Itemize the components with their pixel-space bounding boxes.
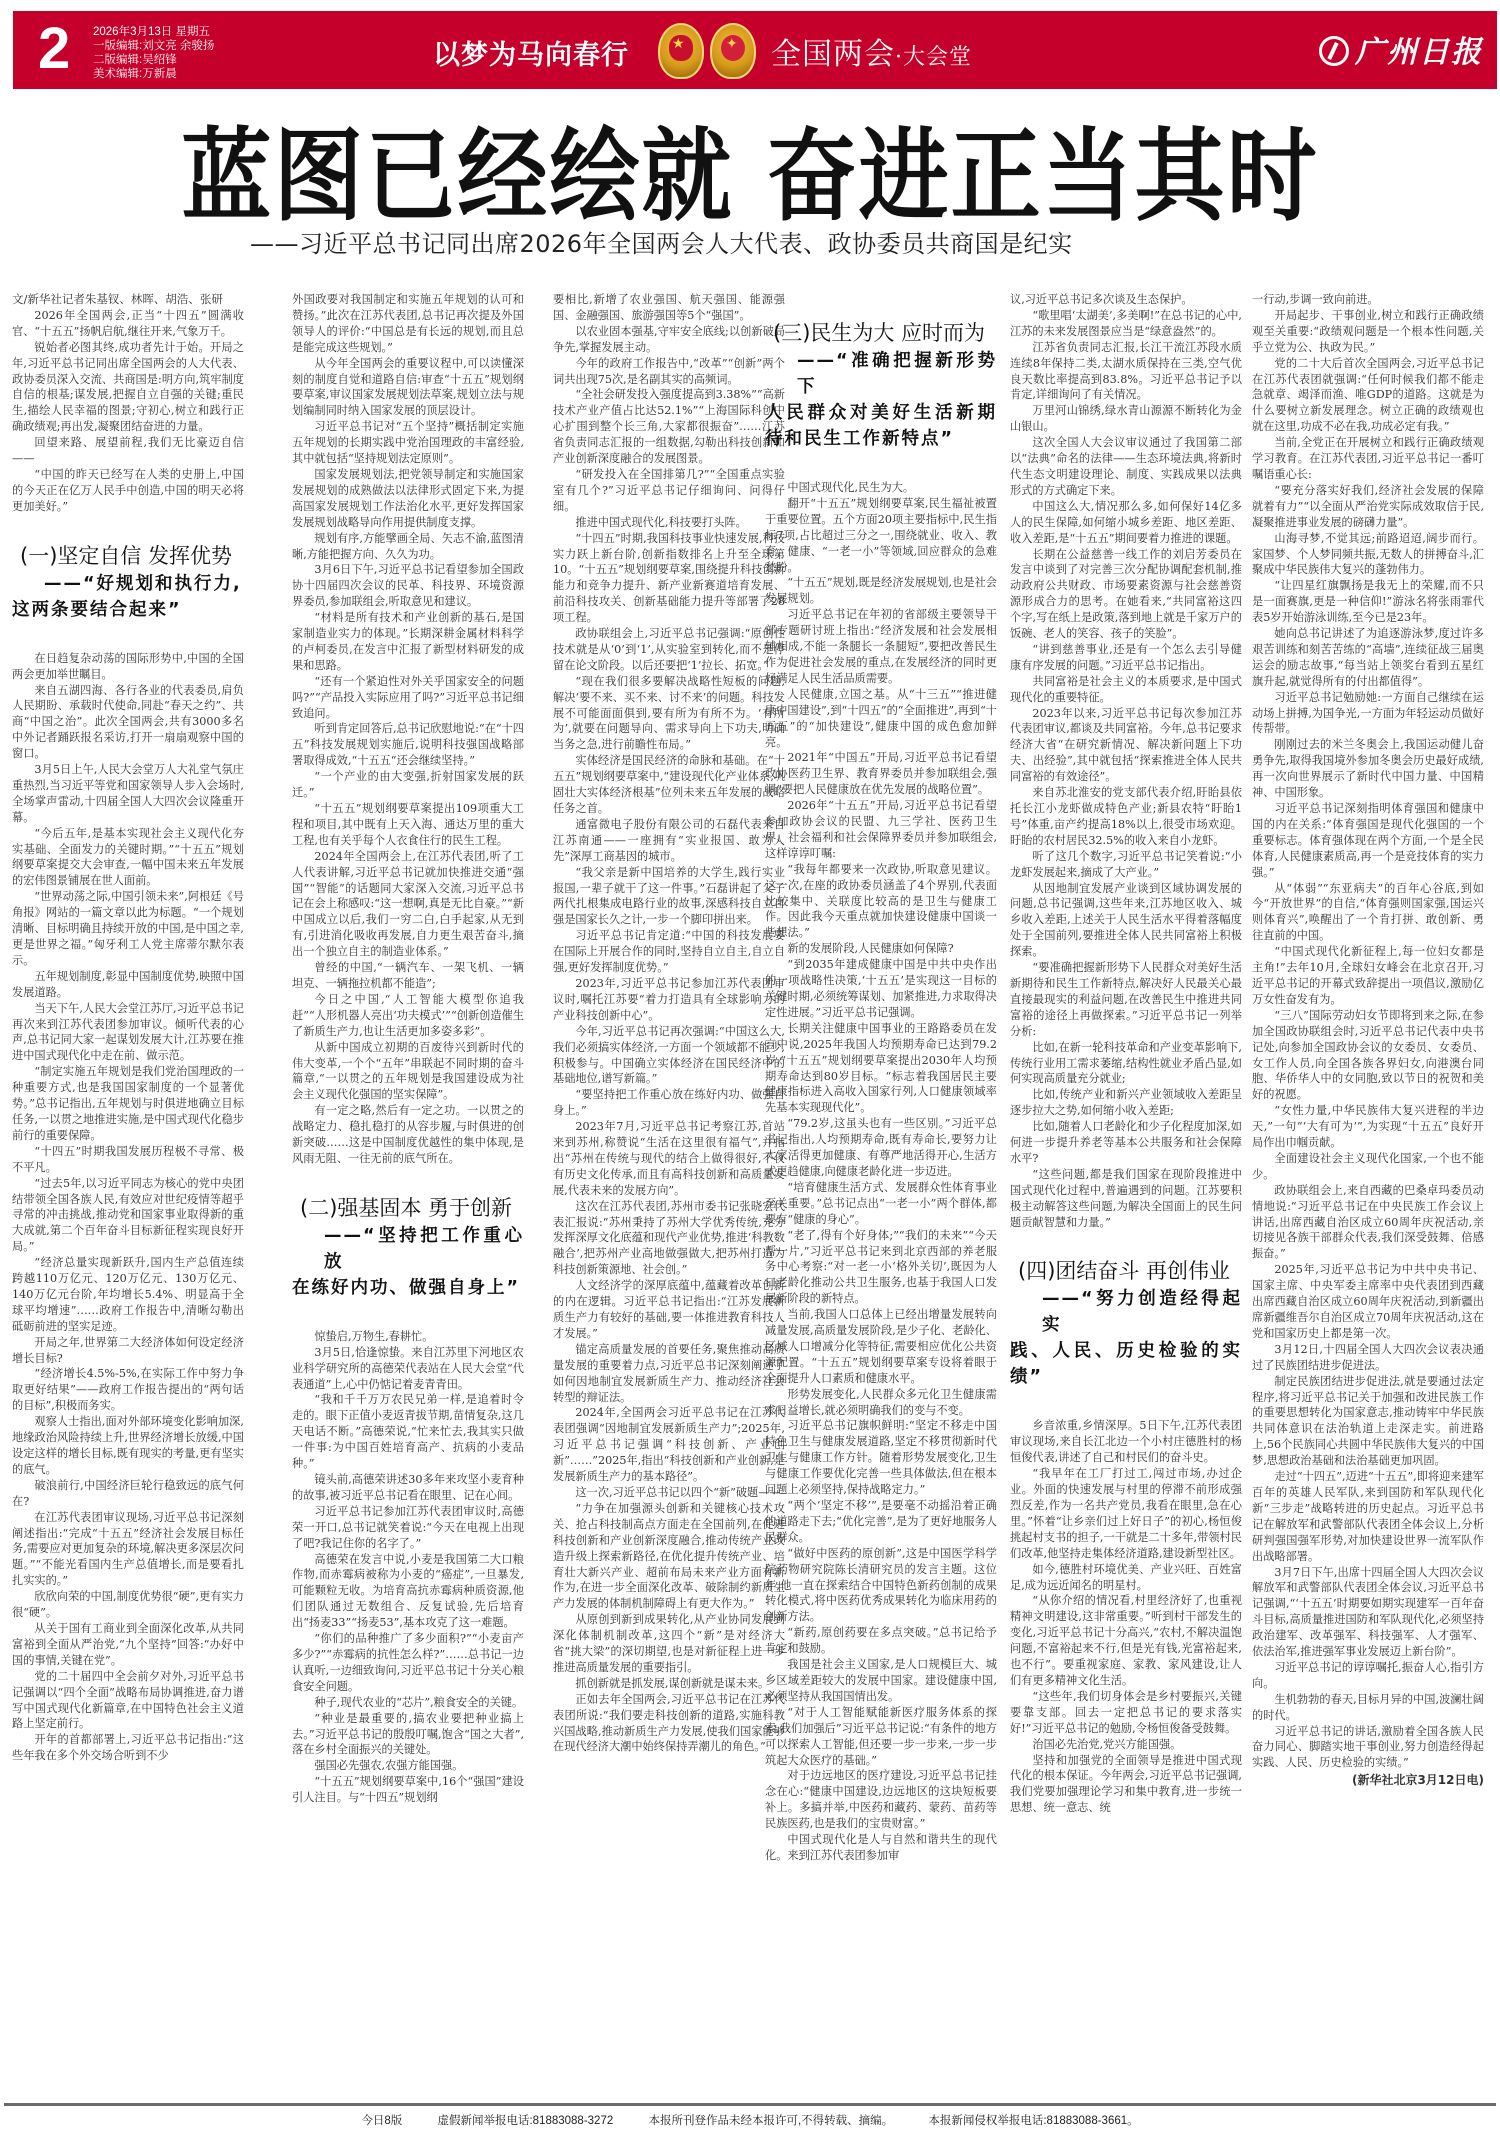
paragraph: 种子,现代农业的“芯片”,粮食安全的关键。 xyxy=(292,1695,524,1711)
paragraph: “中国的昨天已经写在人类的史册上,中国的今天正在亿万人民手中创造,中国的明天必将… xyxy=(12,467,244,515)
paragraph: 长期在公益慈善一线工作的刘启芳委员在发言中谈到了对完善三次分配协调配套机制,推动… xyxy=(1010,547,1242,642)
byline: 文/新华社记者朱基钗、林晖、胡浩、张研 xyxy=(12,292,244,308)
slogan: 以梦为马向春行 xyxy=(433,33,629,72)
section-heading-quote: ——“努力创造经得起实践、人民、历史检验的实绩” xyxy=(1010,1286,1242,1390)
paragraph: “讲到慈善事业,还是有一个怎么去引导健康有序发展的问题。”习近平总书记指出。 xyxy=(1010,642,1242,674)
paragraph: 如今,德胜村环境优美、产业兴旺、百姓富足,成为远近闻名的明星村。 xyxy=(1010,1562,1242,1594)
paragraph: 2023年7月,习近平总书记考察江苏,首站来到苏州,称赞说“生活在这里很有福气”… xyxy=(553,1119,785,1199)
paragraph: 实体经济是国民经济的命脉和基础。在“十五五”规划纲要草案中,“建设现代化产业体系… xyxy=(553,753,785,817)
paragraph: 走过“十四五”,迈进“十五五”,即将迎来建军百年的英雄人民军队,来到国防和军队现… xyxy=(1252,1469,1484,1564)
subheadline: ——习近平总书记同出席2026年全国两会人大代表、政协委员共商国是纪实 xyxy=(250,229,1073,259)
paragraph: “还有一个紧迫性对外关乎国家安全的问题吗?”“产品投入实际应用了吗?”习近平总书… xyxy=(292,674,524,722)
paragraph: 在江苏代表团审议现场,习近平总书记深刻阐述指出:“完成“十五五”经济社会发展目标… xyxy=(12,1510,244,1590)
paragraph: 规划有序,方能擘画全局、矢志不渝,蓝图清晰,方能把握方向、久久为功。 xyxy=(292,531,524,563)
article-column: (三)民生为大 应时而为——“准确把握新形势下人民群众对美好生活新期待和民生工作… xyxy=(765,292,997,1864)
paragraph: 镜头前,高德荣讲述30多年来攻坚小麦育种的故事,被习近平总书记看在眼里、记在心间… xyxy=(292,1472,524,1504)
paragraph: 五年规划制度,彰显中国制度优势,映照中国发展道路。 xyxy=(12,969,244,1001)
paragraph: 这次全国人大会议审议通过了我国第二部以“法典”命名的法律——生态环境法典,将新时… xyxy=(1010,435,1242,499)
paragraph: 习近平总书记的谆谆嘱托,振奋人心,指引方向。 xyxy=(1252,1660,1484,1692)
footer: 今日8版 虚假新闻举报电话:81883088-3272 本报所刊登作品未经本报许… xyxy=(0,2112,1500,2128)
paragraph: 强国必先强农,农强方能国强。 xyxy=(292,1758,524,1774)
paragraph: 抓创新就是抓发展,谋创新就是谋未来。 xyxy=(553,1676,785,1692)
paragraph: 从关于国有工商业到全面深化改革,从共同富裕到全面从严治党,“九个坚持”回答:“办… xyxy=(12,1621,244,1669)
article-column: 要相比,新增了农业强国、航天强国、能源强国、金融强国、旅游强国等5个“强国”。以… xyxy=(553,292,785,1755)
paragraph: 3月12日,十四届全国人大四次会议表决通过了民族团结进步促进法。 xyxy=(1252,1342,1484,1374)
paragraph: 形势发展变化,人民群众多元化卫生健康需求日益增长,就必须明确我们的变与不变。 xyxy=(765,1387,997,1419)
paragraph: “种业是最重要的,搞农业要把种业搞上去。”习近平总书记的殷殷叮嘱,饱含“国之大者… xyxy=(292,1711,524,1759)
footer-edition-count: 今日8版 xyxy=(361,2115,402,2127)
section-heading-title: (二)强基固本 勇于创新 xyxy=(292,1193,524,1223)
section-title-sub: ·大会堂 xyxy=(895,45,972,70)
paragraph: “两个‘坚定不移’”,是要毫不动摇沿着正确的道路走下去;“优化完善”,是为了更好… xyxy=(765,1498,997,1546)
paragraph: 3月6日下午,习近平总书记看望参加全国政协十四届四次会议的民革、科技界、环境资源… xyxy=(292,562,524,610)
paragraph: 坚持和加强党的全面领导是推进中国式现代化的根本保证。今年两会,习近平总书记强调,… xyxy=(1010,1753,1242,1817)
headline: 蓝图已经绘就 奋进正当其时 xyxy=(0,118,1500,234)
section-heading-title: (一)坚定自信 发挥优势 xyxy=(12,541,244,571)
paragraph: 政协联组会上,来自西藏的巴桑卓玛委员动情地说:“习近平总书记在中央民族工作会议上… xyxy=(1252,1183,1484,1263)
paragraph: 国家发展规划法,把党领导制定和实施国家发展规划的成熟做法以法律形式固定下来,为提… xyxy=(292,467,524,531)
paragraph: 欣欣向荣的中国,制度优势很“硬”,更有实力很“硬”。 xyxy=(12,1589,244,1621)
paragraph: 2026年“十五五”开局,习近平总书记看望参加政协会议的民盟、九三学社、医药卫生… xyxy=(765,798,997,862)
section-heading-title: (三)民生为大 应时而为 xyxy=(765,318,997,348)
section-heading-quote-lead: ——“好规划和执行力, xyxy=(12,571,244,597)
section-heading-quote-rest: 践、人民、历史检验的实绩” xyxy=(1010,1338,1242,1390)
article-column: 文/新华社记者朱基钗、林晖、胡浩、张研2026年全国两会,正当“十四五”圆满收官… xyxy=(12,292,244,1764)
paragraph: “三八”国际劳动妇女节即将到来之际,在参加全国政协联组会时,习近平总书记代表中央… xyxy=(1252,1008,1484,1103)
paragraph: 习近平总书记旗帜鲜明:“坚定不移走中国特色卫生与健康发展道路,坚定不移贯彻新时代… xyxy=(765,1418,997,1498)
paragraph: 3月5日上午,人民大会堂万人大礼堂气氛庄重热烈,当习近平等党和国家领导人步入会场… xyxy=(12,762,244,826)
paragraph: “到2035年建成健康中国是中共中央作出的一项战略性决策,‘十五五’是实现这一目… xyxy=(765,957,997,1021)
section-heading: (二)强基固本 勇于创新——“坚持把工作重心放在练好内功、做强自身上” xyxy=(292,1193,524,1301)
paper-logo: 广州日报 xyxy=(1319,27,1483,71)
paragraph: 人文经济学的深厚底蕴中,蕴藏着改革创新的内在逻辑。习近平总书记指出:“江苏发展新… xyxy=(553,1278,785,1342)
paragraph: 听到肯定回答后,总书记欣慰地说:“在“十四五”科技发展规划实施后,说明科技强国战… xyxy=(292,721,524,769)
paragraph: 习近平总书记深刻指明体育强国和健康中国的内在关系:“体育强国是现代化强国的一个重… xyxy=(1252,801,1484,881)
paragraph: 万里河山锦绣,绿水青山源源不断转化为金山银山。 xyxy=(1010,403,1242,435)
paragraph: 对于边远地区的医疗建设,习近平总书记挂念在心:“健康中国建设,边远地区的这块短板… xyxy=(765,1768,997,1832)
paragraph: “一个产业的由大变强,折射国家发展的跃迁。” xyxy=(292,769,524,801)
paragraph: “让四星红旗飘扬是我无上的荣耀,而不只是一面赛旗,更是一种信仰!”游泳名将张雨霏… xyxy=(1252,578,1484,626)
paragraph: “研发投入在全国排第几?”“全国重点实验室有几个?”习近平总书记仔细询问、问得仔… xyxy=(553,467,785,515)
paragraph: “中国式现代化新征程上,每一位妇女都是主角!”去年10月,全球妇女峰会在北京召开… xyxy=(1252,944,1484,1008)
paragraph: “对于人工智能赋能新医疗服务体系的探索,我们加强后”习近平总书记说:“有条件的地… xyxy=(765,1705,997,1769)
paragraph: 今年,习近平总书记再次强调:“中国这么大,我们必须搞实体经济,一方面一个领域都不… xyxy=(553,1024,785,1088)
paragraph: 乡音浓重,乡情深厚。5日下午,江苏代表团审议现场,来自长江北边一个小村庄德胜村的… xyxy=(1010,1418,1242,1466)
section-title-main: 全国两会 xyxy=(771,37,895,72)
paragraph: 生机勃勃的春天,目标月异的中国,波澜壮阔的时代。 xyxy=(1252,1692,1484,1724)
paragraph: 从新中国成立初期的百废待兴到新时代的伟大变革,一个个“五年”串联起不同时期的奋斗… xyxy=(292,1040,524,1104)
paragraph: 正如去年全国两会,习近平总书记在江苏代表团所说:“我们要走科技创新的道路,实施科… xyxy=(553,1692,785,1756)
paragraph: 习近平总书记的讲话,激励着全国各族人民奋力同心、脚踏实地干事创业,努力创造经得起… xyxy=(1252,1724,1484,1772)
paragraph: 从原创到新到成果转化,从产业协同发展到深化体制机制改革,这四个“新”是对经济大省… xyxy=(553,1612,785,1676)
paragraph: 刚刚过去的米兰冬奥会上,我国运动健儿奋勇争先,取得我国境外参加冬奥会历史最好成绩… xyxy=(1252,737,1484,801)
paragraph: 我国是社会主义国家,是人口规模巨大、城乡区域差距较大的发展中国家。建设健康中国,… xyxy=(765,1657,997,1705)
paragraph: 2023年,习近平总书记参加江苏代表团审议时,嘱托江苏要“着力打造具有全球影响力… xyxy=(553,976,785,1024)
paragraph: 从“体弱”“东亚病夫”的百年心谷底,到如今“开放世界”的自信,“体育强则国家强,… xyxy=(1252,881,1484,945)
paragraph: 2024年,全国两会习近平总书记在江苏代表团强调“因地制宜发展新质生产力”;20… xyxy=(553,1405,785,1485)
section-heading-quote-lead: ——“坚持把工作重心放 xyxy=(292,1223,524,1275)
guangzhou-daily-logo-icon xyxy=(1319,36,1349,66)
dateline: (新华社北京3月12日电) xyxy=(1252,1773,1484,1789)
paragraph: 当前,全党正在开展树立和践行正确政绩观学习教育。在江苏代表团,习近平总书记一番叮… xyxy=(1252,435,1484,483)
footer-copyright-notice: 本报所刊登作品未经本报许可,不得转载、摘编。 xyxy=(648,2115,893,2127)
paragraph: 中国式现代化,民生为大。 xyxy=(765,480,997,496)
paragraph: 翻开“十五五”规划纲要草案,民生福祉被置于重要位置。五个方面20项主要指标中,民… xyxy=(765,496,997,576)
paragraph: “我和千千万万农民兄弟一样,是追着时令走的。眼下正值小麦返青拔节期,苗情复杂,这… xyxy=(292,1392,524,1472)
paragraph: “我每年都要来一次政协,听取意见建议。这一次,在座的政协委员涵盖了4个界别,代表… xyxy=(765,862,997,942)
paragraph: 当天下午,人民大会堂江苏厅,习近平总书记再次来到江苏代表团参加审议。倾听代表的心… xyxy=(12,1001,244,1065)
editor-line: 二版编辑:吴绍锋 xyxy=(93,53,214,67)
paragraph: 人民健康,立国之基。从“十三五”“推进健康中国建设”,到“十四五”的“全面推进”… xyxy=(765,687,997,751)
paragraph: 她向总书记讲述了为追逐游泳梦,度过许多艰苦训练和刻苦苦练的“高墙”,连续征战三届… xyxy=(1252,626,1484,690)
paragraph: 来自苏北淮安的党支部代表介绍,盱眙县依托长江小龙虾做成特色产业;新县农特“盱眙1… xyxy=(1010,785,1242,849)
article-column: 外国政要对我国制定和实施五年规划的认可和赞扬。”此次在江苏代表团,总书记再次提及… xyxy=(292,292,524,1806)
masthead: 2 2026年3月13日 星期五 一版编辑:刘文亮 余骏扬 二版编辑:吴绍锋 美… xyxy=(13,11,1497,89)
paragraph: 长期关注健康中国事业的王路路委员在发言中说,2025年我国人均预期寿命已达到79… xyxy=(765,1021,997,1116)
paragraph: 今年的政府工作报告中,“改革”“创新”两个词共出现75次,是名副其实的高频词。 xyxy=(553,356,785,388)
paragraph: 观察人士指出,面对外部环境变化影响加深,地缘政治风险持续上升,世界经济增长放缓,… xyxy=(12,1414,244,1478)
editor-line: 一版编辑:刘文亮 余骏扬 xyxy=(93,39,214,53)
footer-fake-news-hotline: 虚假新闻举报电话:81883088-3272 xyxy=(437,2115,613,2127)
paragraph: 全面建设社会主义现代化国家,一个也不能少。 xyxy=(1252,1151,1484,1183)
paragraph: 党的二十大后首次全国两会,习近平总书记在江苏代表团就强调:“任何时候我们都不能走… xyxy=(1252,356,1484,436)
page-number: 2 xyxy=(38,19,70,79)
paragraph: “老了,得有个好身体;”“我们的未来”“今天帮一片,”习近平总书记来到北京西部的… xyxy=(765,1228,997,1308)
paragraph: 议,习近平总书记多次谈及生态保护。 xyxy=(1010,292,1242,308)
paragraph: “力争在加强源头创新和关键核心技术攻关、抢占科技制高点方面走在全国前列,在促进科… xyxy=(553,1501,785,1612)
paragraph: 习近平总书记在年初的省部级主要领导干部专题研讨班上指出:“经济发展和社会发展相辅… xyxy=(765,607,997,687)
paragraph: 开局起步、干事创业,树立和践行正确政绩观至关重要:“政绩观问题是一个根本性问题,… xyxy=(1252,308,1484,356)
paragraph: 共同富裕是社会主义的本质要求,是中国式现代化的重要特征。 xyxy=(1010,674,1242,706)
paragraph: 锚定高质量发展的首要任务,聚焦推动高质量发展的重要着力点,习近平总书记深刻阐述了… xyxy=(553,1342,785,1406)
paragraph: 这次在江苏代表团,苏州市委书记张晓宏代表汇报说:“苏州秉持了苏州大学优秀传统,充… xyxy=(553,1199,785,1279)
paragraph: 2021年“中国五”开局,习近平总书记看望政协医药卫生界、教育界委员并参加联组会… xyxy=(765,750,997,798)
paragraph: “经济总量实现新跃升,国内生产总值连续跨越110万亿元、120万亿元、130万亿… xyxy=(12,1255,244,1335)
section-heading-quote: ——“准确把握新形势下人民群众对美好生活新期待和民生工作新特点” xyxy=(765,348,997,452)
paragraph: “这些年,我们切身体会是乡村要振兴,关键要靠支部。回去一定把总书记的要求落实好!… xyxy=(1010,1689,1242,1737)
paragraph: 习近平总书记肯定道:“中国的科技发展要在国际上开展合作的同时,坚持自立自主,自立… xyxy=(553,928,785,976)
paragraph: 从因地制宜发展产业谈到区域协调发展的问题,总书记强调,这些年来,江苏地区收入、城… xyxy=(1010,881,1242,961)
paragraph: 一行动,步调一致向前进。 xyxy=(1252,292,1484,308)
paragraph: 中国式现代化是人与自然和谐共生的现代化。来到江苏代表团参加审 xyxy=(765,1832,997,1864)
paragraph: “这些问题,都是我们国家在现阶段推进中国式现代化过程中,普遍遇到的问题。江苏要积… xyxy=(1010,1167,1242,1231)
section-heading: (三)民生为大 应时而为——“准确把握新形势下人民群众对美好生活新期待和民生工作… xyxy=(765,318,997,452)
paragraph: 2026年全国两会,正当“十四五”圆满收官、“十五五”扬帆启航,继往开来,气象万… xyxy=(12,308,244,340)
national-emblem-icon: ★ xyxy=(658,23,704,79)
paragraph: “十五五”规划纲要草案提出109项重大工程和项目,其中既有上天入海、通达万里的重… xyxy=(292,801,524,849)
cppcc-emblem-icon: ✦ xyxy=(710,23,756,79)
paper-name: 广州日报 xyxy=(1355,35,1483,70)
paragraph: “十四五”时期,我国科技事业快速发展,科技实力跃上新台阶,创新指数排名上升至全球… xyxy=(553,531,785,626)
paragraph: “做好中医药的原创新”,这是中国医学科学院药物研究院陈长清研究员的发言主题。这位… xyxy=(765,1546,997,1626)
paragraph: “世界动荡之际,中国引领未来”,阿根廷《号角报》网站的一篇文章以此为标题。“一个… xyxy=(12,889,244,969)
paragraph: “歌里唱‘太湖美’,多美啊!”在总书记的心中,江苏的未来发展图景应当是“绿意盎然… xyxy=(1010,308,1242,340)
paragraph: “你们的品种推广了多少面积?”“小麦亩产多少?”“赤霉病的抗性怎么样?”……总书… xyxy=(292,1631,524,1695)
paragraph: “过去5年,以习近平同志为核心的党中央团结带领全国各族人民,有效应对世纪疫情等超… xyxy=(12,1176,244,1256)
paragraph: “现在我们很多要解决战略性短板的问题,解决‘要不来、买不来、讨不来’的问题。科技… xyxy=(553,674,785,754)
paragraph: 江苏省负责同志汇报,长江干流江苏段水质连续8年保持二类,太湖水质保持在三类,空气… xyxy=(1010,340,1242,404)
footer-infringement-hotline: 本报新闻侵权举报电话:81883088-3661。 xyxy=(928,2115,1138,2127)
paragraph: 党的二十届四中全会前夕对外,习近平总书记强调以“四个全面”战略布局协调推进,奋力… xyxy=(12,1669,244,1733)
paragraph: 来自五湖四海、各行各业的代表委员,肩负人民期盼、承载时代使命,同赴“春天之约”、… xyxy=(12,683,244,763)
section-heading-quote-lead: ——“努力创造经得起实 xyxy=(1010,1286,1242,1338)
section-title: 全国两会·大会堂 xyxy=(771,29,972,73)
paragraph: “79.2岁,这虽头也有一些区别。”习近平总书记指出,人均预期寿命,既有寿命长,… xyxy=(765,1116,997,1180)
editor-line: 美术编辑:万新晨 xyxy=(93,67,214,81)
edition-meta: 2026年3月13日 星期五 一版编辑:刘文亮 余骏扬 二版编辑:吴绍锋 美术编… xyxy=(93,25,214,81)
paragraph: “十五五”规划,既是经济发展规划,也是社会发展规划。 xyxy=(765,575,997,607)
paragraph: “我早年在工厂打过工,闯过市场,办过企业。外面的快速发展与村里的停滞不前形成强烈… xyxy=(1010,1466,1242,1561)
paragraph: 比如,在新一轮科技革命和产业变革影响下,传统行业用工需求萎缩,结构性就业矛盾凸显… xyxy=(1010,1040,1242,1088)
section-heading-quote: ——“好规划和执行力,这两条要结合起来” xyxy=(12,571,244,623)
paragraph: “经济增长4.5%-5%,在实际工作中努力争取更好结果”——政府工作报告提出的“… xyxy=(12,1366,244,1414)
paragraph: “新药,原创药要在多点突破。”总书记给予肯定和鼓励。 xyxy=(765,1625,997,1657)
paragraph: 2023年以来,习近平总书记每次参加江苏代表团审议,都谈及共同富裕。今年,总书记… xyxy=(1010,706,1242,786)
paragraph: 比如,随着人口老龄化和少子化程度加深,如何进一步提升养老等基本公共服务和社会保障… xyxy=(1010,1119,1242,1167)
paragraph: 推进中国式现代化,科技要打头阵。 xyxy=(553,515,785,531)
paragraph: 以农业固本强基,守牢安全底线;以创新破局争先,掌握发展主动。 xyxy=(553,324,785,356)
paragraph: 当前,我国人口总体上已经出增量发展转向减量发展,高质量发展阶段,是少子化、老龄化… xyxy=(765,1307,997,1387)
paragraph: 2024年全国两会上,在江苏代表团,听了工人代表讲解,习近平总书记就加快推进交通… xyxy=(292,849,524,960)
section-heading: (四)团结奋斗 再创伟业——“努力创造经得起实践、人民、历史检验的实绩” xyxy=(1010,1256,1242,1390)
paragraph: 中国这么大,情况那么多,如何保好14亿多人的民生保障,如何缩小城乡差距、地区差距… xyxy=(1010,499,1242,547)
paragraph: 3月5日,恰逢惊蛰。来自江苏里下河地区农业科学研究所的高德荣代表站在人民大会堂“… xyxy=(292,1345,524,1393)
paragraph: “我父亲是新中国培养的大学生,践行实业报国,一辈子就干了这一件事。”石磊讲起了父… xyxy=(553,865,785,929)
bottom-rule xyxy=(4,2103,1496,2106)
paragraph: 惊蛰启,万物生,春耕忙。 xyxy=(292,1329,524,1345)
paragraph: “要坚持把工作重心放在练好内功、做强自身上。” xyxy=(553,1087,785,1119)
section-heading-title: (四)团结奋斗 再创伟业 xyxy=(1010,1256,1242,1286)
paragraph: “制定实施五年规划是我们党治国理政的一种重要方式,也是我国国家制度的一个显著优势… xyxy=(12,1064,244,1144)
paragraph: 习近平总书记参加江苏代表团审议时,高德荣一开口,总书记就笑着说:“今天在电视上出… xyxy=(292,1504,524,1552)
paragraph: 外国政要对我国制定和实施五年规划的认可和赞扬。”此次在江苏代表团,总书记再次提及… xyxy=(292,292,524,356)
paragraph: 听了这几个数字,习近平总书记笑着说:“小龙虾发展起来,摘成了大产业。” xyxy=(1010,849,1242,881)
paragraph: 制定民族团结进步促进法,就是要通过法定程序,将习近平总书记关于加强和改进民族工作… xyxy=(1252,1374,1484,1469)
paragraph: 今日之中国,“人工智能大模型你追我赶”“人形机器人亮出‘功夫模式’”“创新创造催… xyxy=(292,992,524,1040)
issue-date: 2026年3月13日 星期五 xyxy=(93,25,214,39)
paragraph: 高德荣在发言中说,小麦是我国第二大口粮作物,而赤霉病被称为小麦的“癌症”,一旦暴… xyxy=(292,1552,524,1632)
article-column: 一行动,步调一致向前进。开局起步、干事创业,树立和践行正确政绩观至关重要:“政绩… xyxy=(1252,292,1484,1789)
section-heading-quote-lead: ——“准确把握新形势下 xyxy=(765,348,997,400)
paragraph: 有一定之略,然后有一定之功。一以贯之的战略定力、稳扎稳打的从容步履,与时俱进的创… xyxy=(292,1103,524,1167)
paragraph: 从今年全国两会的重要议程中,可以读懂深刻的制度自觉和道路自信:审查“十五五”规划… xyxy=(292,356,524,420)
paragraph: 通富微电子股份有限公司的石磊代表来自江苏南通——一座拥有“实业报国、敢为人先”深… xyxy=(553,817,785,865)
paragraph: 开年的首都部署上,习近平总书记指出:“这些年我在多个外交场合听到不少 xyxy=(12,1732,244,1764)
section-heading-quote-rest: 这两条要结合起来” xyxy=(12,597,244,623)
section-heading-quote-rest: 在练好内功、做强自身上” xyxy=(292,1275,524,1301)
section-heading-quote: ——“坚持把工作重心放在练好内功、做强自身上” xyxy=(292,1223,524,1301)
paragraph: 政协联组会上,习近平总书记强调:“原创性技术就是从‘0’到‘1’,从实验室到转化… xyxy=(553,626,785,674)
paragraph: “从你介绍的情况看,村里经济好了,也重视精神文明建设,这非常重要。”听到村干部发… xyxy=(1010,1593,1242,1688)
paragraph: “要充分落实好我们,经济社会发展的保障就着有力”“以全面从严治党实际成效取信于民… xyxy=(1252,483,1484,531)
paragraph: “培育健康生活方式、发展群众性体育事业至关重要。”总书记点出“一老一小”两个群体… xyxy=(765,1180,997,1228)
paragraph: 开局之年,世界第二大经济体如何设定经济增长目标? xyxy=(12,1335,244,1367)
paragraph: “十五五”规划纲要草案中,16个“强国”建设引人注目。与“十四五”规划纲 xyxy=(292,1774,524,1806)
paragraph: “女性力量,中华民族伟大复兴进程的半边天,”一句“‘大有可为’”,为实现“十五五… xyxy=(1252,1103,1484,1151)
paragraph: 这一次,习近平总书记以四个“新”破题—— xyxy=(553,1485,785,1501)
section-heading: (一)坚定自信 发挥优势——“好规划和执行力,这两条要结合起来” xyxy=(12,541,244,623)
paragraph: “要准确把握新形势下人民群众对美好生活新期待和民生工作新特点,解决好人民最关心最… xyxy=(1010,960,1242,1040)
paragraph: “今后五年,是基本实现社会主义现代化夯实基础、全面发力的关键时期。”“十五五”规… xyxy=(12,826,244,890)
paragraph: 2025年,习近平总书记为中共中央书记、国家主席、中央军委主席率中央代表团到西藏… xyxy=(1252,1262,1484,1342)
paragraph: 锐始者必图其终,成功者先计于始。开局之年,习近平总书记同出席全国两会的人大代表、… xyxy=(12,340,244,435)
paragraph: 在日趋复杂动荡的国际形势中,中国的全国两会更加举世瞩目。 xyxy=(12,651,244,683)
paragraph: 新的发展阶段,人民健康如何保障? xyxy=(765,941,997,957)
paragraph: 回望来路、展望前程,我们无比豪迈自信—— xyxy=(12,435,244,467)
paragraph: “十四五”时期我国发展历程极不寻常、极不平凡。 xyxy=(12,1144,244,1176)
article-column: 议,习近平总书记多次谈及生态保护。“歌里唱‘太湖美’,多美啊!”在总书记的心中,… xyxy=(1010,292,1242,1816)
paragraph: 3月7日下午,出席十四届全国人大四次会议解放军和武警部队代表团全体会议,习近平总… xyxy=(1252,1565,1484,1660)
paragraph: 要相比,新增了农业强国、航天强国、能源强国、金融强国、旅游强国等5个“强国”。 xyxy=(553,292,785,324)
paragraph: 比如,传统产业和新兴产业领域收入差距呈逐步拉大之势,如何缩小收入差距; xyxy=(1010,1087,1242,1119)
paragraph: 治国必先治党,党兴方能国强。 xyxy=(1010,1737,1242,1753)
section-heading-quote-rest: 人民群众对美好生活新期待和民生工作新特点” xyxy=(765,400,997,452)
paragraph: 习近平总书记对“五个坚持”概括制定实施五年规划的长期实践中党治国理政的丰富经验,… xyxy=(292,419,524,467)
paragraph: 习近平总书记勉励她:一方面自己继续在运动场上拼搏,为国争光,一方面为年轻运动员做… xyxy=(1252,690,1484,738)
paragraph: “全社会研发投入强度提高到3.38%”“高新技术产业产值占比达52.1%”“上海… xyxy=(553,387,785,467)
paragraph: 破浪前行,中国经济巨轮行稳致远的底气何在? xyxy=(12,1478,244,1510)
paragraph: “材料是所有技术和产业创新的基石,是国家制造业实力的体现。”长期深耕金属材料科学… xyxy=(292,610,524,674)
paragraph: 山海寻梦,不觉其远;前路迢迢,阔步而行。家国梦、个人梦同频共振,无数人的拼搏奋斗… xyxy=(1252,531,1484,579)
paragraph: 曾经的中国,“一辆汽车、一架飞机、一辆坦克、一辆拖拉机都不能造”; xyxy=(292,960,524,992)
